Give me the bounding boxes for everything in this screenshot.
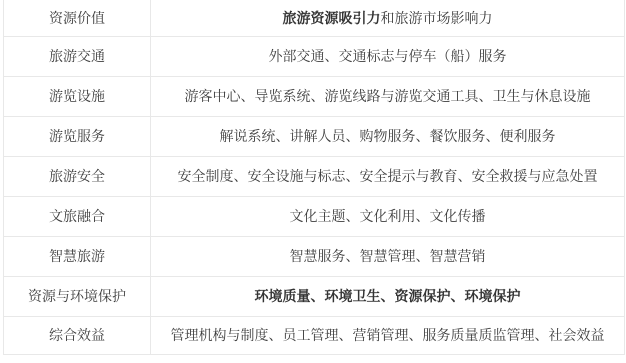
row-content: 安全制度、安全设施与标志、安全提示与教育、安全救援与应急处置 xyxy=(151,157,624,196)
row-content-bold: 旅游资源吸引力 xyxy=(283,10,381,26)
table-row: 旅游安全 安全制度、安全设施与标志、安全提示与教育、安全救援与应急处置 xyxy=(4,157,624,197)
row-content: 文化主题、文化利用、文化传播 xyxy=(151,197,624,236)
row-label: 资源与环境保护 xyxy=(4,277,151,316)
table-row: 游览服务 解说系统、讲解人员、购物服务、餐饮服务、便利服务 xyxy=(4,117,624,157)
row-content: 环境质量、环境卫生、资源保护、环境保护 xyxy=(151,277,624,316)
row-content: 游客中心、导览系统、游览线路与游览交通工具、卫生与休息设施 xyxy=(151,77,624,116)
row-content: 解说系统、讲解人员、购物服务、餐饮服务、便利服务 xyxy=(151,117,624,156)
table-row: 旅游交通 外部交通、交通标志与停车（船）服务 xyxy=(4,37,624,77)
table-row: 智慧旅游 智慧服务、智慧管理、智慧营销 xyxy=(4,237,624,277)
table-row: 综合效益 管理机构与制度、员工管理、营销管理、服务质量质监管理、社会效益 xyxy=(4,317,624,355)
row-content: 管理机构与制度、员工管理、营销管理、服务质量质监管理、社会效益 xyxy=(151,317,624,354)
row-label: 综合效益 xyxy=(4,317,151,354)
row-label: 旅游交通 xyxy=(4,37,151,76)
row-label: 文旅融合 xyxy=(4,197,151,236)
table-row: 资源与环境保护 环境质量、环境卫生、资源保护、环境保护 xyxy=(4,277,624,317)
row-content-regular: 和旅游市场影响力 xyxy=(381,10,493,26)
table-row: 文旅融合 文化主题、文化利用、文化传播 xyxy=(4,197,624,237)
table-row: 游览设施 游客中心、导览系统、游览线路与游览交通工具、卫生与休息设施 xyxy=(4,77,624,117)
row-content: 智慧服务、智慧管理、智慧营销 xyxy=(151,237,624,276)
table-row: 资源价值 旅游资源吸引力和旅游市场影响力 xyxy=(4,0,624,37)
row-content: 外部交通、交通标志与停车（船）服务 xyxy=(151,37,624,76)
row-label: 旅游安全 xyxy=(4,157,151,196)
row-label: 游览设施 xyxy=(4,77,151,116)
criteria-table: 资源价值 旅游资源吸引力和旅游市场影响力 旅游交通 外部交通、交通标志与停车（船… xyxy=(3,0,625,355)
row-label: 资源价值 xyxy=(4,0,151,36)
row-label: 智慧旅游 xyxy=(4,237,151,276)
row-label: 游览服务 xyxy=(4,117,151,156)
row-content: 旅游资源吸引力和旅游市场影响力 xyxy=(151,0,624,36)
